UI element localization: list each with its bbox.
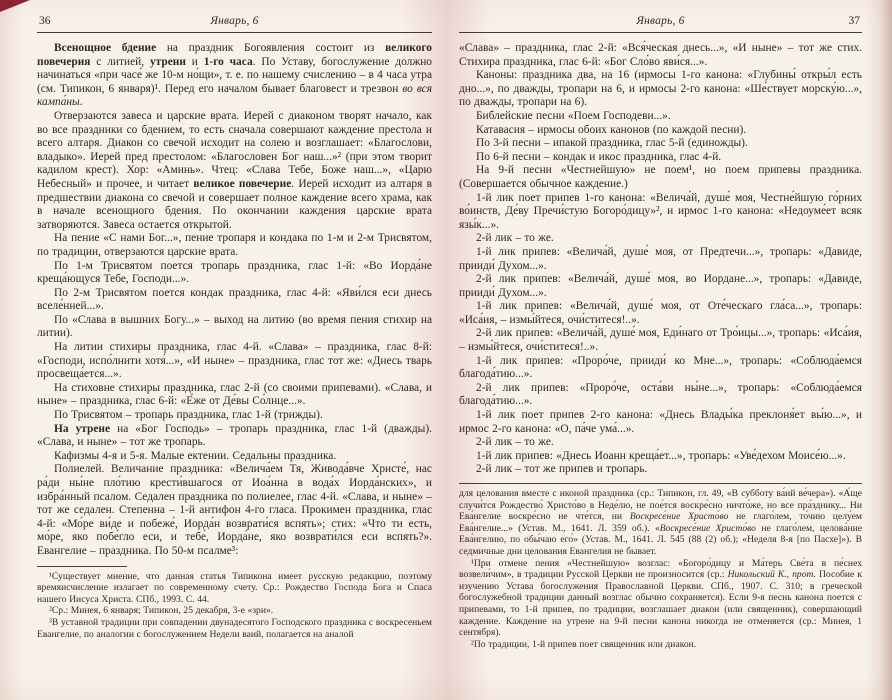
paragraph: 1-й лик припев: «Велича́й, душе́ моя, от… [459, 300, 862, 327]
paragraph: По Трисвятом – тропарь праздника, глас 1… [37, 409, 432, 423]
paragraph: Всенощное бдение на праздник Богоявления… [37, 42, 432, 110]
footnote: ¹При отмене пения «Честнейшую» возглас: … [459, 558, 862, 639]
running-title: Январь, 6 [37, 15, 432, 27]
book-spread-scan: 36 Январь, 6 Всенощное бдение на праздни… [0, 0, 892, 700]
page-right: 37 Январь, 6 «Слава» – праздника, глас 2… [446, 0, 892, 700]
paragraph: Полиелей. Величание праздника: «Велича́е… [37, 463, 432, 558]
paragraph: На 9-й песни «Честнейшую» не поем¹, но п… [459, 164, 862, 191]
footnote-separator [37, 566, 127, 567]
footnote: ²Ср.: Минея, 6 января; Типикон, 25 декаб… [37, 605, 432, 617]
scan-corner-artifact [0, 0, 30, 12]
paragraph: 1-й лик поет припев 2-го канона: «Днесь … [459, 409, 862, 436]
header-rule [37, 32, 432, 33]
running-title: Январь, 6 [459, 15, 862, 27]
paragraph: 2-й лик – то же. [459, 232, 862, 246]
footnote: ²По традиции, 1-й припев поет священник … [459, 639, 862, 651]
paragraph: 1-й лик припев: «Велича́й, душе́ моя, от… [459, 246, 862, 273]
paragraph: Отверзаются завеса и царские врата. Иере… [37, 110, 432, 232]
header-rule [459, 32, 862, 33]
paragraph: На литии стихиры праздника, глас 4-й. «С… [37, 341, 432, 382]
paragraph: По 2-м Трисвятом поется кондак праздника… [37, 287, 432, 314]
paragraph: 1-й лик поет припев 1-го канона: «Велича… [459, 192, 862, 233]
paragraph: По 1-м Трисвятом поется тропарь праздник… [37, 260, 432, 287]
paragraph: 2-й лик – то же. [459, 436, 862, 450]
paragraph: 1-й лик припев: «Проро́че, прииди́ ко Мн… [459, 355, 862, 382]
right-footnotes: для целования вместе с иконой праздника … [459, 488, 862, 650]
paragraph: Кафизмы 4-я и 5-я. Малые ектении. Седаль… [37, 450, 432, 464]
paragraph: 2-й лик припев: «Проро́че, оста́ви ны́не… [459, 382, 862, 409]
page-header: 36 Январь, 6 [37, 15, 432, 30]
paragraph: По 6-й песни – кондак и икос праздника, … [459, 151, 862, 165]
paragraph: «Слава» – праздника, глас 2-й: «Вся́ческ… [459, 42, 862, 69]
page-left: 36 Январь, 6 Всенощное бдение на праздни… [0, 0, 446, 700]
paragraph: По «Слава в вышних Богу...» – выход на л… [37, 314, 432, 341]
paragraph: На стиховне стихиры праздника, глас 2-й … [37, 382, 432, 409]
right-body: «Слава» – праздника, глас 2-й: «Вся́ческ… [459, 42, 862, 477]
paragraph: 1-й лик припев: «Днесь Иоанн креща́ет...… [459, 450, 862, 464]
page-number: 36 [39, 15, 51, 27]
left-footnotes: ¹Существует мнение, что данная статья Ти… [37, 571, 432, 641]
footnote: ³В уставной традиции при совпадении двун… [37, 617, 432, 640]
paragraph: На пение «С нами Бог...», пение тропаря … [37, 232, 432, 259]
page-number: 37 [849, 15, 861, 27]
paragraph: 2-й лик припев: «Велича́й, душе́ моя, во… [459, 273, 862, 300]
paragraph: 2-й лик – тот же припев и тропарь. [459, 463, 862, 477]
paragraph: 2-й лик припев: «Велича́й, душе́ моя, Ед… [459, 327, 862, 354]
paragraph: Библейские песни «Поем Господеви...». [459, 110, 862, 124]
page-header: 37 Январь, 6 [459, 15, 862, 30]
paragraph: Каноны: праздника два, на 16 (ирмосы 1-г… [459, 69, 862, 110]
footnote: для целования вместе с иконой праздника … [459, 488, 862, 558]
footnote: ¹Существует мнение, что данная статья Ти… [37, 571, 432, 606]
left-body: Всенощное бдение на праздник Богоявления… [37, 42, 432, 559]
footnote-separator [459, 483, 862, 484]
paragraph: Катавасия – ирмосы обоих канонов (по каж… [459, 124, 862, 138]
paragraph: По 3-й песни – ипакой праздника, глас 5-… [459, 137, 862, 151]
paragraph: На утрене на «Бог Господь» – тропарь пра… [37, 423, 432, 450]
